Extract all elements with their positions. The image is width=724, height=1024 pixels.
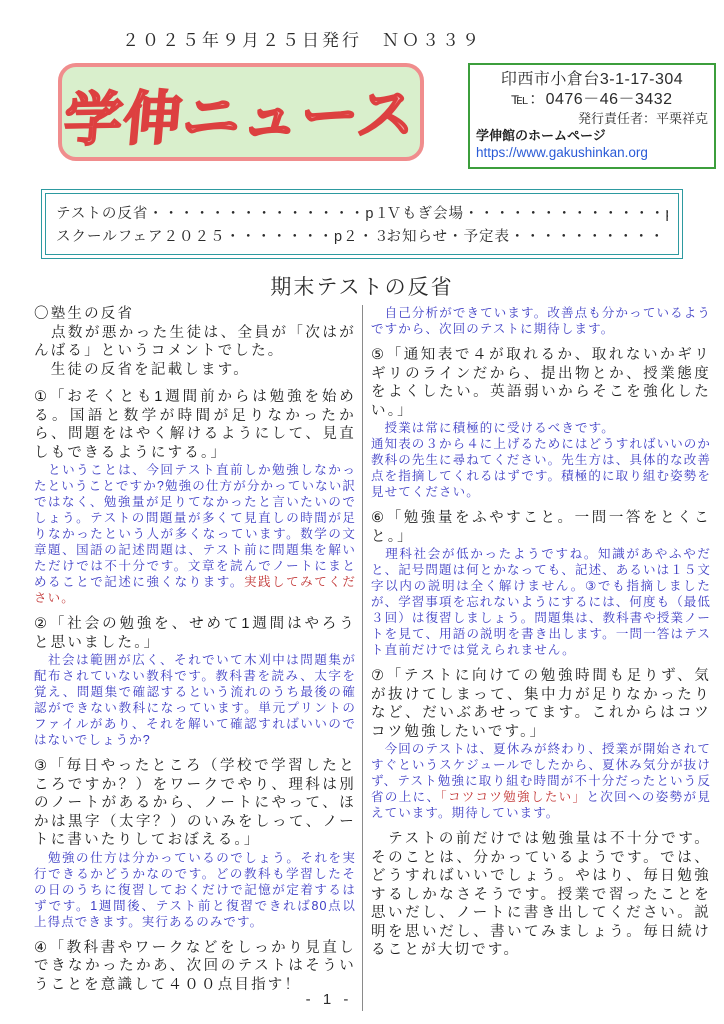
text-segment: テストの前だけでは勉強量は不十分です。そのことは、分かっているようです。では、ど… bbox=[371, 831, 711, 958]
student-quote-paragraph: ②「社会の勉強を、せめて1週間はやろうと思いました。」 bbox=[34, 615, 356, 652]
page-number: - 1 - bbox=[0, 991, 658, 1008]
teacher-comment-paragraph: 社会は範囲が広く、それでいて木刈中は問題集が配布されていない教科です。教科書を読… bbox=[34, 652, 356, 748]
text-segment: 勉強の仕方は分かっているのでしょう。それを実行できるかどうかなのです。どの教科も… bbox=[34, 851, 356, 929]
text-segment: 生徒の反省を記載します。 bbox=[34, 362, 250, 378]
student-quote-paragraph: 点数が悪かった生徒は、全員が「次はがんばる」というコメントでした。 bbox=[34, 324, 356, 361]
paragraph-spacer bbox=[371, 658, 711, 667]
publisher-name: 発行責任者：平栗祥克 bbox=[476, 111, 708, 127]
paragraph-spacer bbox=[34, 606, 356, 615]
homepage-label: 学伸館のホームページ bbox=[476, 128, 708, 144]
student-quote-paragraph: ⑤「通知表で４が取れるか、取れないかギリギリのラインだから、提出物とか、授業態度… bbox=[371, 346, 711, 420]
text-segment: ②「社会の勉強を、せめて1週間はやろうと思いました。」 bbox=[34, 616, 356, 651]
teacher-comment-paragraph: 勉強の仕方は分かっているのでしょう。それを実行できるかどうかなのです。どの教科も… bbox=[34, 850, 356, 930]
text-segment: 「コツコツ勉強したい」 bbox=[440, 790, 586, 804]
article-columns: 〇塾生の反省 点数が悪かった生徒は、全員が「次はがんばる」というコメントでした。… bbox=[0, 305, 724, 1011]
text-segment: ⑤「通知表で４が取れるか、取れないかギリギリのラインだから、提出物とか、授業態度… bbox=[371, 347, 711, 419]
student-quote-paragraph: ⑦「テストに向けての勉強時間も足りず、気が抜けてしまって、集中力が足りなかったり… bbox=[371, 667, 711, 741]
newsletter-page: ２０２５年９月２５日発行 ＮＯ３３９ 学伸ニュース 印西市小倉台3-1-17-3… bbox=[0, 0, 724, 1024]
text-segment: 点数が悪かった生徒は、全員が「次はがんばる」というコメントでした。 bbox=[34, 325, 356, 360]
publisher-info-box: 印西市小倉台3-1-17-304 ℡：0476－46－3432 発行責任者：平栗… bbox=[468, 63, 716, 169]
article-title: 期末テストの反省 bbox=[0, 271, 724, 301]
paragraph-spacer bbox=[34, 930, 356, 939]
homepage-url[interactable]: https://www.gakushinkan.org bbox=[476, 145, 708, 162]
text-segment: ④「教科書やワークなどをしっかり見直しできなかったかあ、次回のテストはそういうこ… bbox=[34, 940, 356, 993]
teacher-comment-paragraph: 授業は常に積極的に受けるべきです。 bbox=[371, 420, 711, 436]
header-row: 学伸ニュース 印西市小倉台3-1-17-304 ℡：0476－46－3432 発… bbox=[0, 63, 724, 169]
teacher-comment-paragraph: 自己分析ができています。改善点も分かっているようですから、次回のテストに期待しま… bbox=[371, 305, 711, 337]
publisher-tel: ℡：0476－46－3432 bbox=[476, 90, 708, 110]
text-segment: ⑦「テストに向けての勉強時間も足りず、気が抜けてしまって、集中力が足りなかったり… bbox=[371, 668, 711, 740]
paragraph-spacer bbox=[371, 821, 711, 830]
table-of-contents: テストの反省・・・・・・・・・・・・・・p１Ｖもぎ会場・・・・・・・・・・・・・… bbox=[45, 193, 679, 255]
text-segment: 通知表の３から４に上げるためにはどうすればいいのか教科の先生に尋ねてください。先… bbox=[371, 437, 711, 499]
toc-entry: スクールフェア２０２５・・・・・・・p２・３ bbox=[56, 225, 386, 246]
teacher-comment-paragraph: 理科社会が低かったようですね。知識があやふやだと、記号問題は何とかなっても、記述… bbox=[371, 546, 711, 658]
student-quote-paragraph: ⑥「勉強量をふやすこと。一問一答をとくこと。」 bbox=[371, 509, 711, 546]
publisher-address: 印西市小倉台3-1-17-304 bbox=[476, 70, 708, 90]
paragraph-spacer bbox=[371, 337, 711, 346]
newsletter-logo-text: 学伸ニュース bbox=[61, 67, 420, 157]
student-quote-paragraph: ③「毎日やったところ（学校で学習したところですか？）をワークでやり、理科は別のノ… bbox=[34, 757, 356, 850]
paragraph-spacer bbox=[34, 748, 356, 757]
text-segment: 授業は常に積極的に受けるべきです。 bbox=[371, 421, 615, 435]
newsletter-logo: 学伸ニュース bbox=[58, 63, 424, 161]
text-segment: ⑥「勉強量をふやすこと。一問一答をとくこと。」 bbox=[371, 510, 711, 545]
text-segment: 社会は範囲が広く、それでいて木刈中は問題集が配布されていない教科です。教科書を読… bbox=[34, 653, 356, 747]
student-quote-paragraph: テストの前だけでは勉強量は不十分です。そのことは、分かっているようです。では、ど… bbox=[371, 830, 711, 960]
text-segment: 自己分析ができています。改善点も分かっているようですから、次回のテストに期待しま… bbox=[371, 306, 711, 336]
text-segment: ③「毎日やったところ（学校で学習したところですか？）をワークでやり、理科は別のノ… bbox=[34, 758, 356, 848]
student-quote-paragraph: 〇塾生の反省 bbox=[34, 305, 356, 324]
student-quote-paragraph: ①「おそくとも1週間前からは勉強を始める。国語と数学が時間が足りなかったから、問… bbox=[34, 388, 356, 462]
toc-entry: テストの反省・・・・・・・・・・・・・・p１ bbox=[56, 202, 386, 223]
teacher-comment-paragraph: ということは、今回テスト直前しか勉強しなかったということですか?勉強の仕方が分か… bbox=[34, 462, 356, 606]
text-segment: ということは、今回テスト直前しか勉強しなかったということですか?勉強の仕方が分か… bbox=[34, 463, 356, 589]
text-segment: ①「おそくとも1週間前からは勉強を始める。国語と数学が時間が足りなかったから、問… bbox=[34, 389, 356, 461]
text-segment: 〇塾生の反省 bbox=[34, 306, 134, 322]
paragraph-spacer bbox=[371, 500, 711, 509]
issue-date: ２０２５年９月２５日発行 ＮＯ３３９ bbox=[0, 26, 724, 51]
text-segment: 理科社会が低かったようですね。知識があやふやだと、記号問題は何とかなっても、記述… bbox=[371, 547, 711, 657]
student-quote-paragraph: ④「教科書やワークなどをしっかり見直しできなかったかあ、次回のテストはそういうこ… bbox=[34, 939, 356, 995]
right-column: 自己分析ができています。改善点も分かっているようですから、次回のテストに期待しま… bbox=[363, 305, 711, 1011]
teacher-comment-paragraph: 今回のテストは、夏休みが終わり、授業が開始されてすぐというスケジュールでしたから… bbox=[371, 741, 711, 821]
paragraph-spacer bbox=[34, 379, 356, 388]
toc-entry: お知らせ・予定表・・・・・・・・・・・p４ bbox=[386, 225, 668, 246]
left-column: 〇塾生の反省 点数が悪かった生徒は、全員が「次はがんばる」というコメントでした。… bbox=[34, 305, 363, 1011]
teacher-comment-paragraph: 通知表の３から４に上げるためにはどうすればいいのか教科の先生に尋ねてください。先… bbox=[371, 436, 711, 500]
toc-entry: Ｖもぎ会場・・・・・・・・・・・・・p３ bbox=[386, 202, 668, 223]
student-quote-paragraph: 生徒の反省を記載します。 bbox=[34, 361, 356, 380]
